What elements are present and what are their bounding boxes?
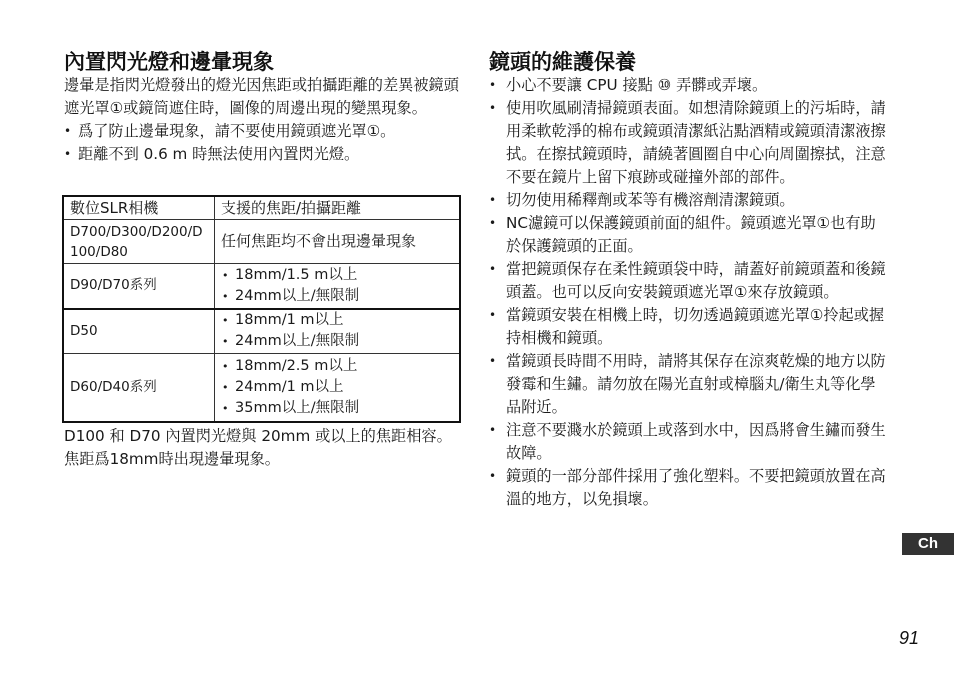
- header-camera: 數位SLR相機: [63, 196, 215, 220]
- camera-cell: D50: [63, 309, 215, 354]
- section-title-vignetting: 內置閃光燈和邊暈現象: [64, 50, 464, 74]
- left-column: 內置閃光燈和邊暈現象 邊暈是指閃光燈發出的燈光因焦距或拍攝距離的差異被鏡頭遮光罩…: [64, 50, 464, 166]
- bullet-item: 當鏡頭長時間不用時，請將其保存在涼爽乾燥的地方以防發霉和生鏽。請勿放在陽光直射或…: [489, 350, 889, 419]
- vignetting-intro: 邊暈是指閃光燈發出的燈光因焦距或拍攝距離的差異被鏡頭遮光罩①或鏡筒遮住時，圖像的…: [64, 74, 464, 120]
- header-focal-range: 支援的焦距/拍攝距離: [215, 196, 461, 220]
- bullet-item: 當把鏡頭保存在柔性鏡頭袋中時，請蓋好前鏡頭蓋和後鏡頭蓋。也可以反向安裝鏡頭遮光罩…: [489, 258, 889, 304]
- table-row: D60/D40系列 18mm/2.5 m以上 24mm/1 m以上 35mm以上…: [63, 354, 460, 422]
- note-text: 焦距爲18mm時出現邊暈現象。: [64, 448, 464, 471]
- section-title-lens-care: 鏡頭的維護保養: [489, 50, 889, 74]
- bullet-item: 當鏡頭安裝在相機上時，切勿透過鏡頭遮光罩①拎起或握持相機和鏡頭。: [489, 304, 889, 350]
- bullet-item: 小心不要讓 CPU 接點 ⑩ 弄髒或弄壞。: [489, 74, 889, 97]
- language-tab-badge: Ch: [902, 533, 954, 555]
- limit-item: 18mm/1.5 m以上: [221, 265, 453, 286]
- bullet-item: 使用吹風刷清掃鏡頭表面。如想清除鏡頭上的污垢時，請用柔軟乾淨的棉布或鏡頭清潔紙沾…: [489, 97, 889, 189]
- right-column: 鏡頭的維護保養 小心不要讓 CPU 接點 ⑩ 弄髒或弄壞。 使用吹風刷清掃鏡頭表…: [489, 50, 889, 511]
- table-row: D90/D70系列 18mm/1.5 m以上 24mm以上/無限制: [63, 264, 460, 309]
- table-row: D50 18mm/1 m以上 24mm以上/無限制: [63, 309, 460, 354]
- camera-cell: D700/D300/D200/D100/D80: [63, 220, 215, 264]
- camera-cell: D60/D40系列: [63, 354, 215, 422]
- bullet-item: 距離不到 0.6 m 時無法使用內置閃光燈。: [64, 143, 464, 166]
- limit-item: 24mm/1 m以上: [221, 377, 453, 398]
- bullet-item: NC濾鏡可以保護鏡頭前面的組件。鏡頭遮光罩①也有助於保護鏡頭的正面。: [489, 212, 889, 258]
- camera-cell: D90/D70系列: [63, 264, 215, 309]
- table-notes: D100 和 D70 內置閃光燈與 20mm 或以上的焦距相容。 焦距爲18mm…: [64, 425, 464, 471]
- page-number: 91: [899, 628, 919, 649]
- focal-cell: 18mm/1 m以上 24mm以上/無限制: [215, 309, 461, 354]
- bullet-item: 切勿使用稀釋劑或苯等有機溶劑清潔鏡頭。: [489, 189, 889, 212]
- bullet-item: 鏡頭的一部分部件採用了強化塑料。不要把鏡頭放置在高溫的地方，以免損壞。: [489, 465, 889, 511]
- note-text: D100 和 D70 內置閃光燈與 20mm 或以上的焦距相容。: [64, 425, 464, 448]
- limit-item: 24mm以上/無限制: [221, 286, 453, 307]
- compatibility-table: 數位SLR相機 支援的焦距/拍攝距離 D700/D300/D200/D100/D…: [62, 195, 461, 423]
- limit-item: 18mm/2.5 m以上: [221, 356, 453, 377]
- table-row: D700/D300/D200/D100/D80 任何焦距均不會出現邊暈現象: [63, 220, 460, 264]
- limit-item: 24mm以上/無限制: [221, 331, 453, 352]
- vignetting-bullets: 爲了防止邊暈現象，請不要使用鏡頭遮光罩①。 距離不到 0.6 m 時無法使用內置…: [64, 120, 464, 166]
- table-header-row: 數位SLR相機 支援的焦距/拍攝距離: [63, 196, 460, 220]
- bullet-item: 爲了防止邊暈現象，請不要使用鏡頭遮光罩①。: [64, 120, 464, 143]
- focal-cell: 18mm/1.5 m以上 24mm以上/無限制: [215, 264, 461, 309]
- limit-item: 35mm以上/無限制: [221, 398, 453, 419]
- limit-item: 18mm/1 m以上: [221, 310, 453, 331]
- lens-care-bullets: 小心不要讓 CPU 接點 ⑩ 弄髒或弄壞。 使用吹風刷清掃鏡頭表面。如想清除鏡頭…: [489, 74, 889, 511]
- focal-cell: 任何焦距均不會出現邊暈現象: [215, 220, 461, 264]
- bullet-item: 注意不要濺水於鏡頭上或落到水中，因爲將會生鏽而發生故障。: [489, 419, 889, 465]
- focal-cell: 18mm/2.5 m以上 24mm/1 m以上 35mm以上/無限制: [215, 354, 461, 422]
